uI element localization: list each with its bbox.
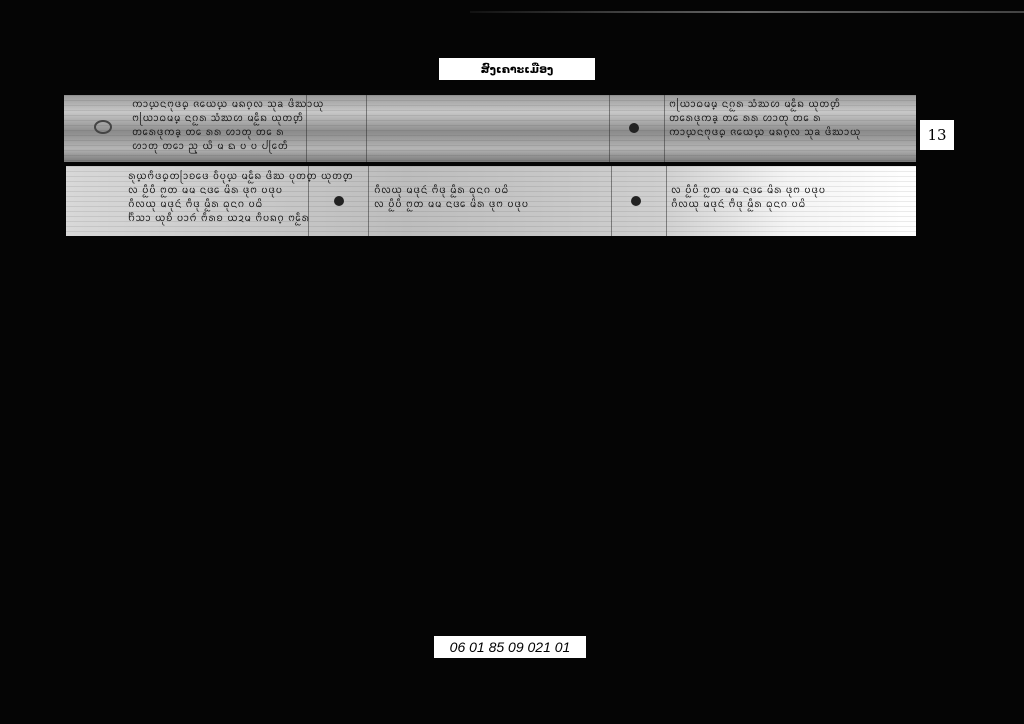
palm-leaf-recto: ᨠᩣ᩠ᨿᨶᨻᩩᨴ᩠ᨵ ᨩᩮᨿ᩠ᨿ ᨾᨦ᩠ᨣᩃ ᩈᩩᨡ ᨴᩦᨥᩣᨿᩩ ᨻᩕᨿᩣᨵᨾ… xyxy=(64,95,916,162)
binding-hole-icon xyxy=(94,120,112,134)
folio-number: 13 xyxy=(920,120,954,150)
leaf-line: ᩃ ᨷᩬᩥᨷᩥ ᨻᩬᨲ ᨾᨾ ᨶᨴᩮ ᨾᩦᩁ ᨴᩩᨻ ᨷᨴᩩᨷ xyxy=(374,198,614,212)
leaf-line: ᨻᩕᨿᩣᨵᨾ᩠ᨾ ᨶᨣᩬᩁ ᩈᩴᨥᩉ ᨾᩮᩬᩥᨦ ᨿᩩᨲ᩠ᨲᩥ xyxy=(132,112,612,126)
leaf-line: ᨲᩮᩁᨴᩩᨠ᩠ᨡ ᨲᩮ ᩁᩁ ᩉᩣᨲᩩ ᨲᩮ ᩁ xyxy=(669,112,909,126)
leaf-line: ᨲᩮᩁᨴᩩᨠ᩠ᨡ ᨲᩮ ᩁᩁ ᩉᩣᨲᩩ ᨲᩮ ᩁ xyxy=(132,126,612,140)
leaf-line: ᨤᩥᩈᩣ ᨿᩩᨧᩥ ᨷᩣᨻᩢ ᨻᩥᩁᨧ ᨿᨯᨾ ᨻᩥᨷᨦ᩠ᨣ ᨻᩮᩬᩥᩁ xyxy=(128,212,908,226)
leaf-line: ᨠᩣ᩠ᨿᨶᨻᩩᨴ᩠ᨵ ᨩᩮᨿ᩠ᨿ ᨾᨦ᩠ᨣᩃ ᩈᩩᨡ ᨴᩦᨥᩣᨿᩩ xyxy=(669,126,909,140)
column-divider xyxy=(664,95,665,162)
catalog-code-label: 06 01 85 09 021 01 xyxy=(434,636,586,658)
title-label: ສົງເຄາະເມືອງ xyxy=(439,58,595,80)
leaf-line: ᩁᩩ᩠ᨿᨻᩥᨴ᩠ᨵᨲᩕᩣᨧᩮᨴ ᩅᩥᨷᩩ᩠ᨿ ᨾᩮᩬᩥᨦ ᨴᩦᨥ ᨷᩩᨲ᩠ᨲ ᨿ… xyxy=(128,170,908,184)
palm-leaf-verso: ᩁᩩ᩠ᨿᨻᩥᨴ᩠ᨵᨲᩕᩣᨧᩮᨴ ᩅᩥᨷᩩ᩠ᨿ ᨾᩮᩬᩥᨦ ᨴᩦᨥ ᨷᩩᨲ᩠ᨲ ᨿ… xyxy=(66,166,916,236)
leaf-line: ᨣᩥᩃᨿᩩ ᨾᨴᩩᨶᩢ ᨻᩥᨴᩩ ᨾᩬᩥᩁ ᨵᩩᨶᨣ ᨷᨵᩦ xyxy=(671,198,911,212)
leaf-line: ᩉᩣᨲᩩ ᨲᩮᩣ ᨬᩩ ᨿᩦ ᨾ ᨳ ᨷ ᨷ ᨸᩕᩮᨲᩥ xyxy=(132,140,612,154)
leaf-line: ᨠᩣ᩠ᨿᨶᨻᩩᨴ᩠ᨵ ᨩᩮᨿ᩠ᨿ ᨾᨦ᩠ᨣᩃ ᩈᩩᨡ ᨴᩦᨥᩣᨿᩩ xyxy=(132,98,612,112)
folio-number-text: 13 xyxy=(927,126,946,144)
title-label-text: ສົງເຄາະເມືອງ xyxy=(481,63,554,76)
string-hole-icon xyxy=(631,196,641,206)
leaf-line: ᨻᩕᨿᩣᨵᨾ᩠ᨾ ᨶᨣᩬᩁ ᩈᩴᨥᩉ ᨾᩮᩬᩥᨦ ᨿᩩᨲ᩠ᨲᩥ xyxy=(669,98,909,112)
leaf-line: ᩃ ᨷᩬᩥᨷᩥ ᨻᩬᨲ ᨾᨾ ᨶᨴᩮ ᨾᩦᩁ ᨴᩩᨻ ᨷᨴᩩᨷ xyxy=(128,184,368,198)
scan-artifact-line xyxy=(470,11,1024,13)
catalog-code-text: 06 01 85 09 021 01 xyxy=(450,639,571,655)
leaf-line: ᨣᩥᩃᨿᩩ ᨾᨴᩩᨶᩢ ᨻᩥᨴᩩ ᨾᩬᩥᩁ ᨵᩩᨶᨣ ᨷᨵᩦ xyxy=(128,198,368,212)
string-hole-icon xyxy=(629,123,639,133)
leaf-line: ᨣᩥᩃᨿᩩ ᨾᨴᩩᨶᩢ ᨻᩥᨴᩩ ᨾᩬᩥᩁ ᨵᩩᨶᨣ ᨷᨵᩦ xyxy=(374,184,614,198)
leaf-line: ᩃ ᨷᩬᩥᨷᩥ ᨻᩬᨲ ᨾᨾ ᨶᨴᩮ ᨾᩦᩁ ᨴᩩᨻ ᨷᨴᩩᨷ xyxy=(671,184,911,198)
